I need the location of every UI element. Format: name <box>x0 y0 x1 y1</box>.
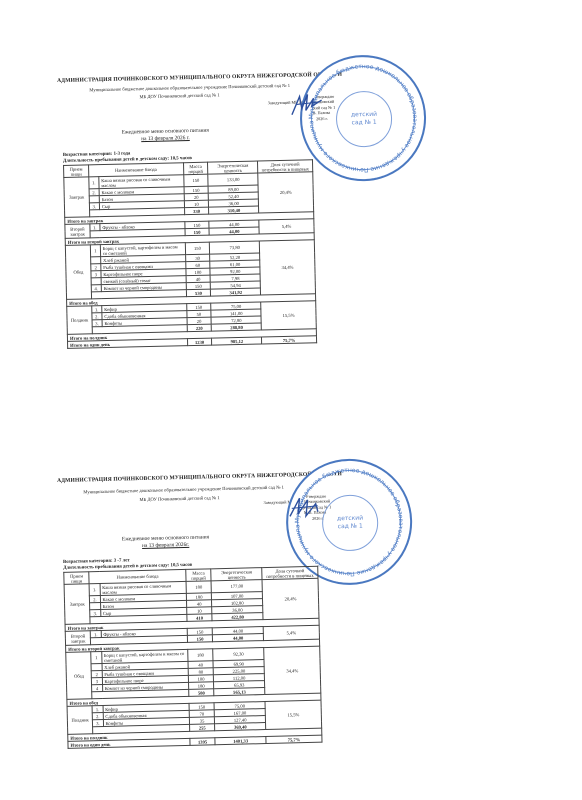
item-number: 1. <box>89 584 99 596</box>
organization-short-name: МБ ДОУ Починковский детский сад № 1 <box>139 495 219 502</box>
meal-name: Завтрак <box>64 584 90 625</box>
daily-share: 34,4% <box>259 240 315 295</box>
meal-name: Второй завтрак <box>65 631 91 646</box>
meal-name: Полдник <box>67 306 93 335</box>
signature-icon <box>289 90 324 117</box>
item-number: 1. <box>89 177 99 189</box>
organization-name: Муниципальное бюджетное дошкольное образ… <box>83 485 284 495</box>
day-total-label: Итого на один день <box>68 339 188 349</box>
menu-title-block: Ежедневное меню основного питания на 13 … <box>0 531 330 553</box>
portion-mass: 150 <box>185 242 210 255</box>
menu-page-preschool: АДМИНИСТРАЦИЯ ПОЧИНКОВСКОГО МУНИЦИПАЛЬНО… <box>0 387 582 800</box>
day-total-mass: 1395 <box>190 738 216 746</box>
column-header: Прием пищи <box>64 165 89 178</box>
meal-name: Второй завтрак <box>65 224 90 239</box>
daily-share: 15,5% <box>261 301 316 330</box>
daily-share: 20,4% <box>262 578 319 619</box>
day-total-share: 75,7% <box>266 735 322 743</box>
daily-share: 5,4% <box>259 219 314 234</box>
meal-name: Завтрак <box>64 177 90 218</box>
meal-name: Обед <box>66 652 93 700</box>
signature-icon <box>287 494 322 521</box>
column-header: Прием пищи <box>64 572 90 585</box>
menu-title-block: Ежедневное меню основного питания на 13 … <box>0 125 330 146</box>
meal-name: Полдник <box>67 706 93 735</box>
daily-share: 15,5% <box>265 700 322 729</box>
menu-table: Прием пищиНаименование блюдаМасса порций… <box>63 159 317 349</box>
menu-page-toddlers: АДМИНИСТРАЦИЯ ПОЧИНКОВСКОГО МУНИЦИПАЛЬНО… <box>0 0 582 401</box>
daily-share: 34,4% <box>264 646 321 694</box>
stamp-center-text: сад № 1 <box>338 523 363 532</box>
meal-name: Обед <box>65 245 91 300</box>
administration-header: АДМИНИСТРАЦИЯ ПОЧИНКОВСКОГО МУНИЦИПАЛЬНО… <box>57 72 342 84</box>
item-number: 1 <box>91 652 101 664</box>
official-stamp: Муниципальное бюджетное дошкольное образ… <box>299 54 428 183</box>
portion-mass: 180 <box>186 581 212 594</box>
day-total-share: 75,7% <box>262 336 317 344</box>
item-number: 1 <box>90 245 100 257</box>
column-header: Масса порций <box>186 569 212 582</box>
portion-mass: 180 <box>188 649 214 662</box>
day-total-energy: 1401,33 <box>215 737 266 745</box>
day-total-mass: 1230 <box>187 338 212 346</box>
day-total-energy: 985,12 <box>212 337 262 345</box>
organization-name: Муниципальное бюджетное дошкольное образ… <box>89 83 290 93</box>
menu-table: Прием пищиНаименование блюдаМасса порций… <box>63 566 322 749</box>
organization-short-name: МБ ДОУ Починковский детский сад № 1 <box>139 92 219 99</box>
daily-share: 5,4% <box>263 625 319 640</box>
stamp-center-text: сад № 1 <box>352 119 377 128</box>
portion-mass: 150 <box>183 174 208 187</box>
column-header: Масса порций <box>183 162 208 175</box>
daily-share: 20,4% <box>258 172 314 213</box>
